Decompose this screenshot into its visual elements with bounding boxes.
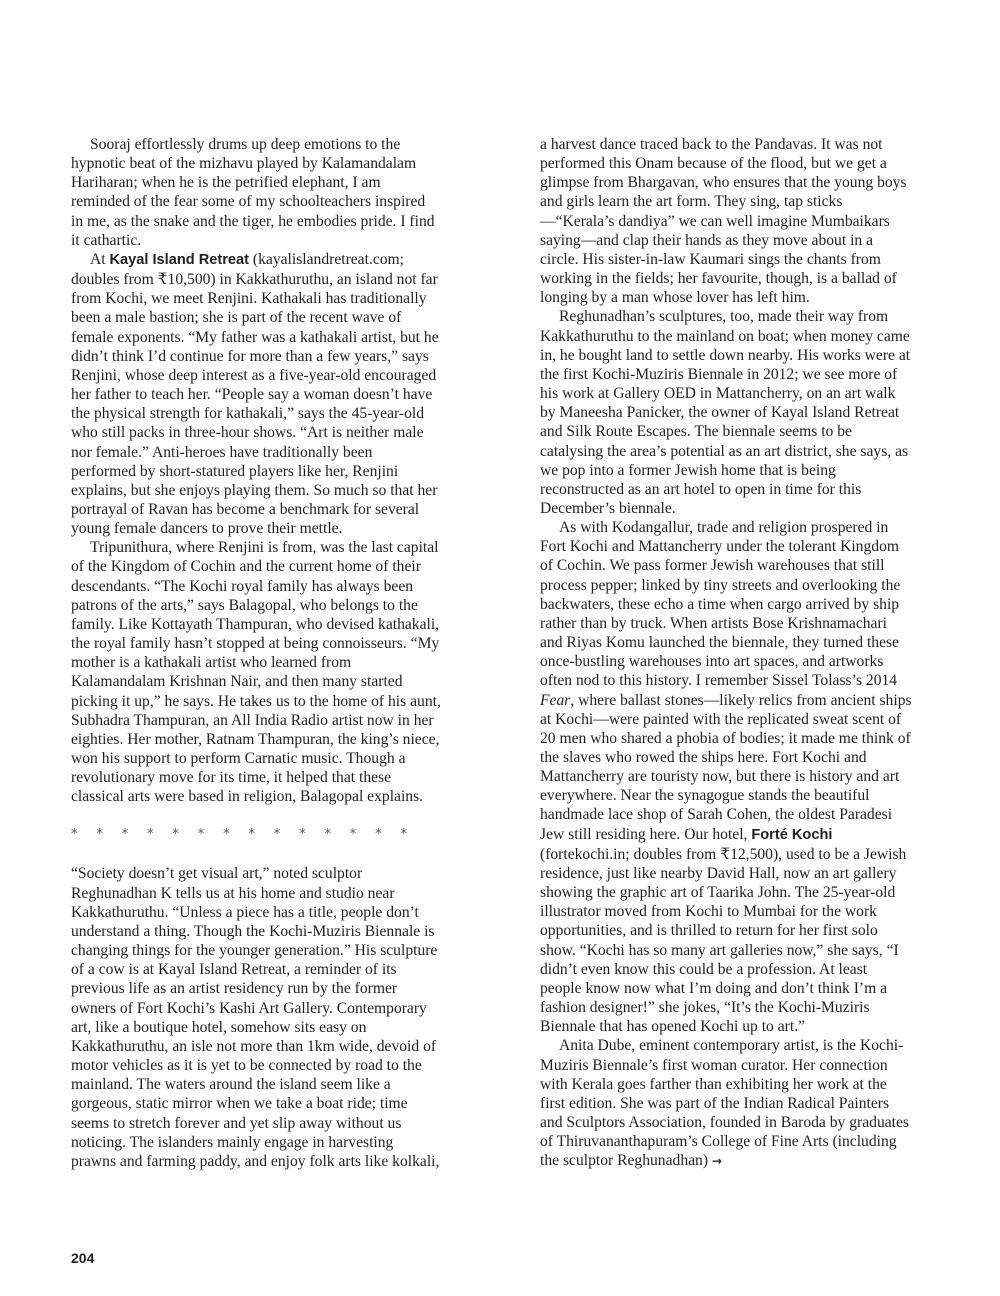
paragraph-body: As with Kodangallur, trade and religion … [540, 519, 900, 689]
page-number: 204 [71, 1250, 94, 1266]
magazine-page: Sooraj effortlessly drums up deep emotio… [0, 0, 1000, 1296]
hotel-name-kayal-island-retreat: Kayal Island Retreat [110, 252, 250, 268]
right-column: a harvest dance traced back to the Panda… [540, 135, 912, 1171]
asterisk-icon: * [122, 825, 129, 844]
asterisk-icon: * [198, 825, 205, 844]
asterisk-icon: * [147, 825, 154, 844]
paragraph-kayal-island: At Kayal Island Retreat (kayalislandretr… [71, 250, 441, 538]
paragraph-body: , where ballast stones—likely relics fro… [540, 692, 912, 843]
paragraph-kodangallur: As with Kodangallur, trade and religion … [540, 518, 912, 1036]
paragraph-body: (fortekochi.in; doubles from ₹12,500), u… [540, 846, 906, 1035]
asterisk-icon: * [248, 825, 255, 844]
paragraph-sooraj: Sooraj effortlessly drums up deep emotio… [71, 135, 441, 250]
artwork-title-fear: Fear [540, 692, 570, 709]
continue-arrow-icon: → [712, 1154, 722, 1168]
asterisk-icon: * [71, 825, 78, 844]
asterisk-icon: * [324, 825, 331, 844]
asterisk-icon: * [172, 825, 179, 844]
paragraph-kolkali: a harvest dance traced back to the Panda… [540, 135, 912, 307]
left-column: Sooraj effortlessly drums up deep emotio… [71, 135, 441, 1171]
asterisk-icon: * [375, 825, 382, 844]
paragraph-prefix: At [90, 251, 110, 268]
paragraph-society-visual-art: “Society doesn’t get visual art,” noted … [71, 864, 441, 1171]
paragraph-reghunadhan-sculptures: Reghunadhan’s sculptures, too, made thei… [540, 307, 912, 518]
asterisk-icon: * [400, 825, 407, 844]
asterisk-icon: * [223, 825, 230, 844]
hotel-name-forte-kochi: Forté Kochi [751, 827, 832, 843]
paragraph-body: Anita Dube, eminent contemporary artist,… [540, 1037, 909, 1169]
paragraph-body: (kayalislandretreat.com; doubles from ₹1… [71, 251, 439, 537]
paragraph-anita-dube: Anita Dube, eminent contemporary artist,… [540, 1036, 912, 1171]
asterisk-icon: * [350, 825, 357, 844]
section-separator: * * * * * * * * * * * * * * [71, 825, 407, 844]
paragraph-tripunithura: Tripunithura, where Renjini is from, was… [71, 538, 441, 806]
asterisk-icon: * [96, 825, 103, 844]
asterisk-icon: * [299, 825, 306, 844]
asterisk-icon: * [274, 825, 281, 844]
